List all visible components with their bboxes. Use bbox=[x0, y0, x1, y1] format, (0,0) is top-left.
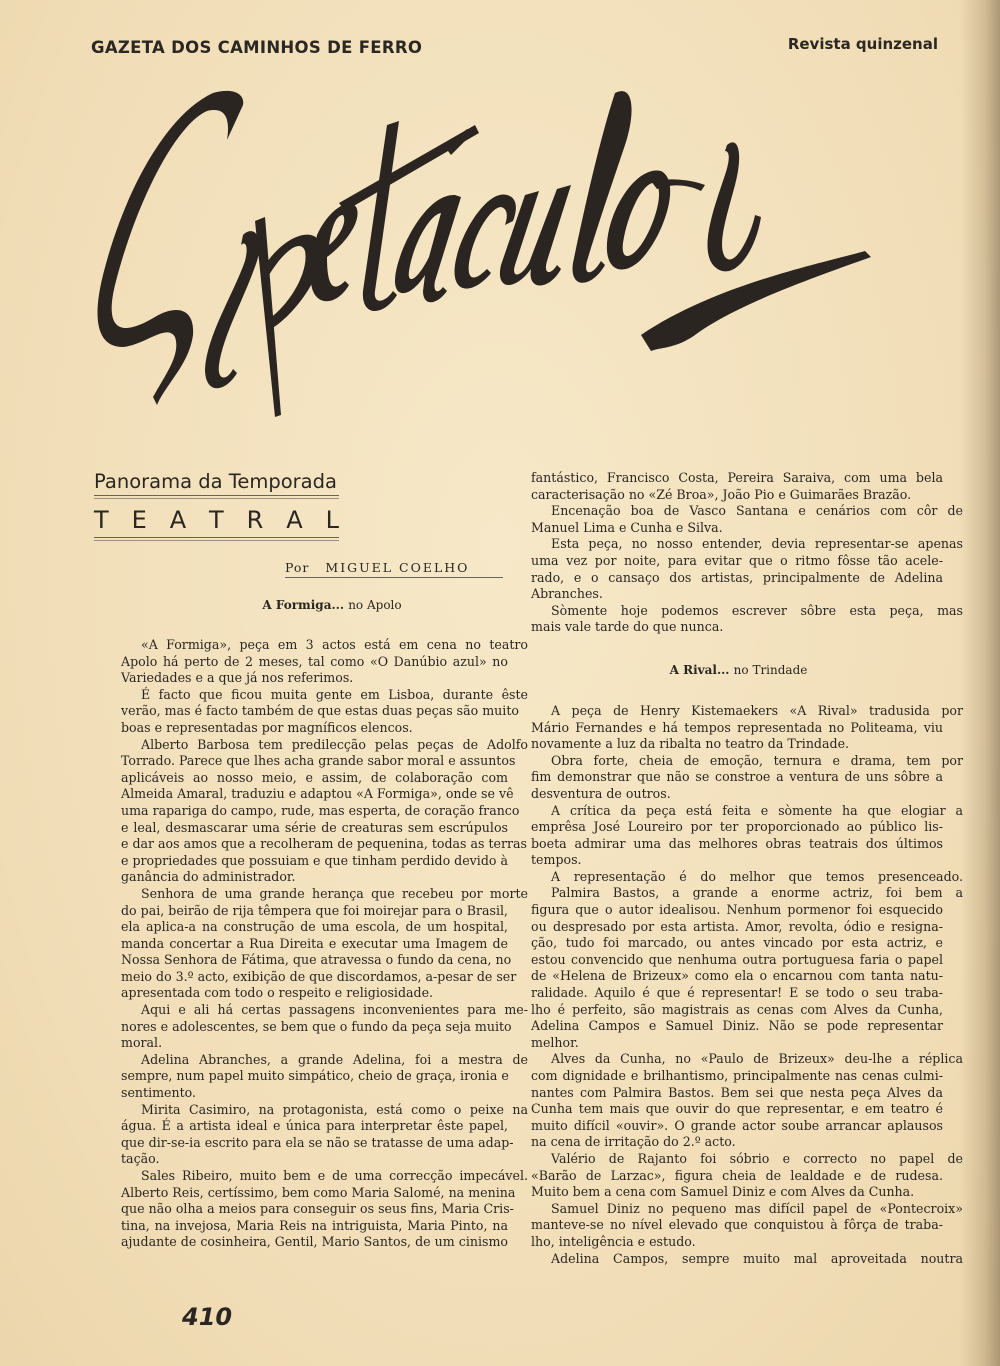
kicker-letter: A bbox=[170, 506, 186, 534]
text-line: ralidade. Aquilo é que é representar! E … bbox=[531, 985, 943, 1002]
section-body-continuation: fantástico, Francisco Costa, Pereira Sar… bbox=[531, 470, 946, 636]
text-line: Adelina Abranches, a grande Adelina, foi… bbox=[121, 1052, 528, 1069]
article-kicker: Panorama da Temporada bbox=[94, 470, 339, 496]
text-line: melhor. bbox=[531, 1035, 943, 1052]
text-line: ou despresado por esta artista. Amor, re… bbox=[531, 919, 943, 936]
text-line: sempre, num papel muito simpático, cheio… bbox=[121, 1068, 508, 1085]
text-line: novamente a luz da ribalta no teatro da … bbox=[531, 736, 943, 753]
text-line: Senhora de uma grande herança que recebe… bbox=[121, 886, 528, 903]
text-line: Palmira Bastos, a grande a enorme actriz… bbox=[531, 885, 963, 902]
text-line: Mário Fernandes e há tempos representada… bbox=[531, 720, 943, 737]
text-line: Alberto Barbosa tem predilecção pelas pe… bbox=[121, 737, 528, 754]
text-line: ajudante de cosinheira, Gentil, Mario Sa… bbox=[121, 1234, 508, 1251]
text-line: estou convencido que nenhuma outra portu… bbox=[531, 952, 943, 969]
text-line: Manuel Lima e Cunha e Silva. bbox=[531, 520, 943, 537]
publication-name: GAZETA DOS CAMINHOS DE FERRO bbox=[91, 38, 422, 57]
text-line: Nossa Senhora de Fátima, que atravessa o… bbox=[121, 952, 508, 969]
text-line: e leal, desmascarar uma série de creatur… bbox=[121, 820, 508, 837]
text-line: tempos. bbox=[531, 852, 943, 869]
text-line: água. É a artista ideal e única para int… bbox=[121, 1118, 508, 1135]
text-line: ganância do administrador. bbox=[121, 869, 508, 886]
section-heading-bold: A Formiga... bbox=[262, 598, 344, 612]
text-line: Sales Ribeiro, muito bem e de uma correc… bbox=[121, 1168, 528, 1185]
kicker-letter: E bbox=[132, 506, 147, 534]
article-column-right: fantástico, Francisco Costa, Pereira Sar… bbox=[531, 470, 946, 1267]
text-line: Mirita Casimiro, na protagonista, está c… bbox=[121, 1102, 528, 1119]
text-line: nores e adolescentes, se bem que o fundo… bbox=[121, 1019, 508, 1036]
text-line: nantes com Palmira Bastos. Bem sei que n… bbox=[531, 1085, 943, 1102]
text-line: Aqui e ali há certas passagens inconveni… bbox=[121, 1002, 528, 1019]
text-line: Torrado. Parece que lhes acha grande sab… bbox=[121, 753, 508, 770]
text-line: do pai, beirão de rija têmpera que foi m… bbox=[121, 903, 508, 920]
text-line: moral. bbox=[121, 1035, 508, 1052]
title-espectaculos-icon bbox=[95, 85, 955, 425]
section-heading-a-rival: A Rival... no Trindade bbox=[531, 663, 946, 677]
text-line: Abranches. bbox=[531, 586, 943, 603]
text-line: aplicáveis ao nosso meio, e assim, de co… bbox=[121, 770, 508, 787]
text-line: Valério de Rajanto foi sóbrio e correcto… bbox=[531, 1151, 963, 1168]
text-line: tina, na invejosa, Maria Reis na intrigu… bbox=[121, 1218, 508, 1235]
page-number: 410 bbox=[182, 1303, 232, 1331]
text-line: A crítica da peça está feita e sòmente h… bbox=[531, 803, 963, 820]
text-line: que não olha a meios para conseguir os s… bbox=[121, 1201, 508, 1218]
text-line: ção, tudo foi marcado, ou antes vincado … bbox=[531, 935, 943, 952]
text-line: boeta admirar uma das melhores obras tea… bbox=[531, 836, 943, 853]
publication-frequency: Revista quinzenal bbox=[788, 35, 938, 53]
text-line: É facto que ficou muita gente em Lisboa,… bbox=[121, 687, 528, 704]
kicker-letter: L bbox=[326, 506, 339, 534]
text-line: apresentada com todo o respeito e religi… bbox=[121, 985, 508, 1002]
text-line: Sòmente hoje podemos escrever sôbre esta… bbox=[531, 603, 963, 620]
text-line: A peça de Henry Kistemaekers «A Rival» t… bbox=[531, 703, 963, 720]
text-line: fim demonstrar que não se constroe a ven… bbox=[531, 769, 943, 786]
text-line: «Barão de Larzac», figura cheia de leald… bbox=[531, 1168, 943, 1185]
text-line: sentimento. bbox=[121, 1085, 508, 1102]
article-byline: Por MIGUEL COELHO bbox=[285, 560, 503, 578]
text-line: Adelina Campos, sempre muito mal aprovei… bbox=[531, 1251, 963, 1268]
section-heading-rest: no Apolo bbox=[348, 598, 401, 612]
magazine-page: GAZETA DOS CAMINHOS DE FERRO Revista qui… bbox=[0, 0, 1000, 1366]
text-line: Almeida Amaral, traduziu e adaptou «A Fo… bbox=[121, 786, 508, 803]
text-line: Variedades e a que já nos referimos. bbox=[121, 670, 508, 687]
text-line: lho é perfeito, são magistrais as cenas … bbox=[531, 1002, 943, 1019]
section-body-a-formiga: «A Formiga», peça em 3 actos está em cen… bbox=[121, 637, 507, 1251]
text-line: muito difícil «ouvir». O grande actor so… bbox=[531, 1118, 943, 1135]
kicker-letter: A bbox=[286, 506, 302, 534]
text-line: Muito bem a cena com Samuel Diniz e com … bbox=[531, 1184, 943, 1201]
section-body-a-rival: A peça de Henry Kistemaekers «A Rival» t… bbox=[531, 703, 946, 1267]
text-line: Esta peça, no nosso entender, devia repr… bbox=[531, 536, 963, 553]
text-line: rado, e o cansaço dos artistas, principa… bbox=[531, 570, 943, 587]
text-line: na cena de irritação do 2.º acto. bbox=[531, 1134, 943, 1151]
text-line: que dir-se-ia escrito para ela se não se… bbox=[121, 1135, 508, 1152]
text-line: Obra forte, cheia de emoção, ternura e d… bbox=[531, 753, 963, 770]
kicker-letter: T bbox=[94, 506, 109, 534]
kicker-letter: R bbox=[247, 506, 264, 534]
byline-prefix: Por bbox=[285, 560, 309, 575]
text-line: verão, mas é facto também de que estas d… bbox=[121, 703, 508, 720]
text-line: desventura de outros. bbox=[531, 786, 943, 803]
kicker-letter: T bbox=[209, 506, 224, 534]
text-line: manda concertar a Rua Direita e executar… bbox=[121, 936, 508, 953]
text-line: Cunha tem mais que ouvir do que represen… bbox=[531, 1101, 943, 1118]
text-line: meio do 3.º acto, exibição de que discor… bbox=[121, 969, 508, 986]
text-line: Samuel Diniz no pequeno mas difícil pape… bbox=[531, 1201, 963, 1218]
article-kicker-sub: T E A T R A L bbox=[94, 506, 339, 538]
text-line: caracterisação no «Zé Broa», João Pio e … bbox=[531, 487, 943, 504]
section-heading-rest: no Trindade bbox=[734, 663, 808, 677]
text-line: e propriedades que possuiam e que tinham… bbox=[121, 853, 508, 870]
text-line: uma vez por noite, para evitar que o rit… bbox=[531, 553, 943, 570]
text-line: uma rapariga do campo, rude, mas esperta… bbox=[121, 803, 508, 820]
text-line: ela aplica-a na construção de uma escola… bbox=[121, 919, 508, 936]
text-line: manteve-se no nível elevado que conquist… bbox=[531, 1217, 943, 1234]
text-line: fantástico, Francisco Costa, Pereira Sar… bbox=[531, 470, 943, 487]
text-line: e dar aos amos que a recolheram de peque… bbox=[121, 836, 508, 853]
text-line: tação. bbox=[121, 1151, 508, 1168]
text-line: «A Formiga», peça em 3 actos está em cen… bbox=[121, 637, 528, 654]
section-heading-bold: A Rival... bbox=[670, 663, 730, 677]
article-column-left: Panorama da Temporada T E A T R A L Por … bbox=[117, 470, 507, 1251]
byline-author: MIGUEL COELHO bbox=[325, 560, 469, 575]
text-line: Encenação boa de Vasco Santana e cenário… bbox=[531, 503, 963, 520]
title-calligraphy: Espectáculos bbox=[95, 85, 955, 425]
text-line: Apolo há perto de 2 meses, tal como «O D… bbox=[121, 654, 508, 671]
text-line: figura que o autor idealisou. Nenhum por… bbox=[531, 902, 943, 919]
text-line: boas e representadas por magníficos elen… bbox=[121, 720, 508, 737]
text-line: de «Helena de Brizeux» como ela o encarn… bbox=[531, 968, 943, 985]
text-line: com dignidade e brilhantismo, principalm… bbox=[531, 1068, 943, 1085]
section-heading-a-formiga: A Formiga... no Apolo bbox=[117, 598, 507, 612]
text-line: Alberto Reis, certíssimo, bem como Maria… bbox=[121, 1185, 508, 1202]
text-line: lho, inteligência e estudo. bbox=[531, 1234, 943, 1251]
text-line: Adelina Campos e Samuel Diniz. Não se po… bbox=[531, 1018, 943, 1035]
text-line: A representação é do melhor que temos pr… bbox=[531, 869, 963, 886]
text-line: emprêsa José Loureiro por ter proporcion… bbox=[531, 819, 943, 836]
text-line: Alves da Cunha, no «Paulo de Brizeux» de… bbox=[531, 1051, 963, 1068]
text-line: mais vale tarde do que nunca. bbox=[531, 619, 943, 636]
